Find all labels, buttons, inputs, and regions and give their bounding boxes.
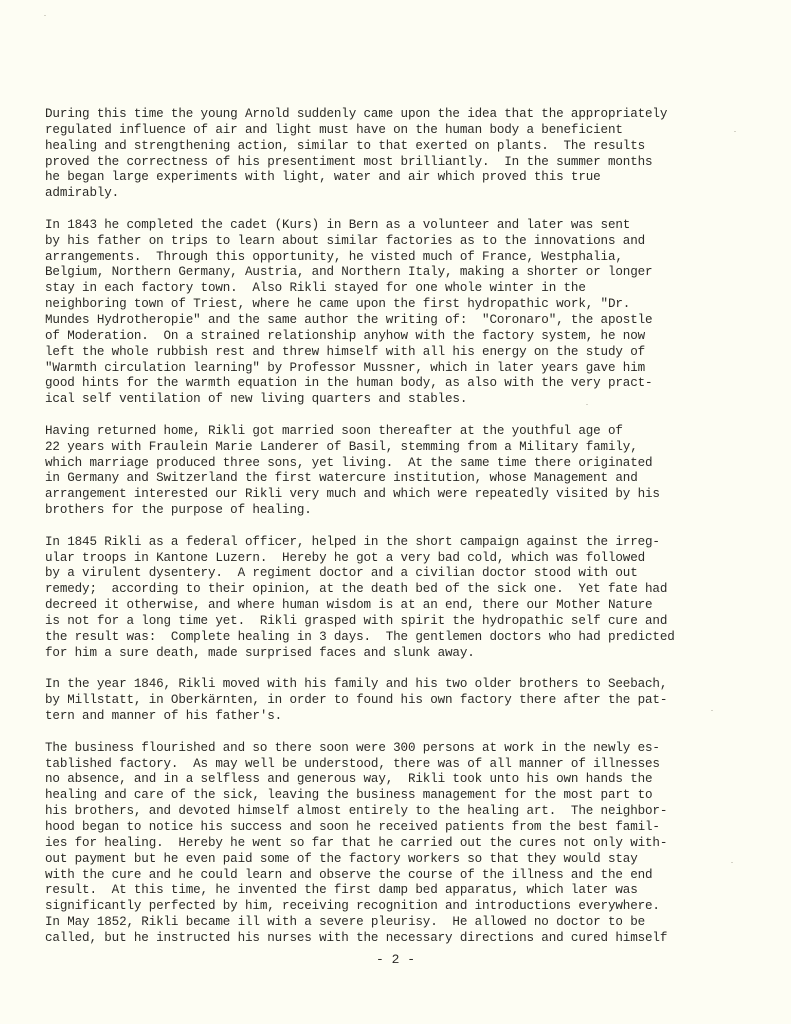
text-line: his brothers, and devoted himself almost…	[45, 804, 745, 820]
text-line: ular troops in Kantone Luzern. Hereby he…	[45, 551, 745, 567]
text-line: brothers for the purpose of healing.	[45, 503, 745, 519]
paragraph-1845-campaign: In 1845 Rikli as a federal officer, help…	[45, 535, 745, 662]
text-line: Mundes Hydrotheropie" and the same autho…	[45, 313, 745, 329]
text-line: significantly perfected by him, receivin…	[45, 899, 745, 915]
document-page: During this time the young Arnold sudden…	[0, 0, 791, 1024]
text-line: Belgium, Northern Germany, Austria, and …	[45, 265, 745, 281]
text-line: by Millstatt, in Oberkärnten, in order t…	[45, 693, 745, 709]
text-line: "Warmth circulation learning" by Profess…	[45, 361, 745, 377]
text-line: arrangement interested our Rikli very mu…	[45, 487, 745, 503]
text-line: ical self ventilation of new living quar…	[45, 392, 745, 408]
text-line: good hints for the warmth equation in th…	[45, 376, 745, 392]
paragraph-1843-travels: In 1843 he completed the cadet (Kurs) in…	[45, 218, 745, 408]
paper-speck	[731, 862, 733, 863]
text-line: by his father on trips to learn about si…	[45, 234, 745, 250]
text-line: decreed it otherwise, and where human wi…	[45, 598, 745, 614]
text-line: of Moderation. On a strained relationshi…	[45, 329, 745, 345]
text-line: regulated influence of air and light mus…	[45, 123, 745, 139]
text-line: result. At this time, he invented the fi…	[45, 883, 745, 899]
document-body: During this time the young Arnold sudden…	[45, 107, 745, 963]
text-line: In 1845 Rikli as a federal officer, help…	[45, 535, 745, 551]
text-line: he began large experiments with light, w…	[45, 170, 745, 186]
text-line: Having returned home, Rikli got married …	[45, 424, 745, 440]
text-line: which marriage produced three sons, yet …	[45, 456, 745, 472]
text-line: The business flourished and so there soo…	[45, 741, 745, 757]
text-line: by a virulent dysentery. A regiment doct…	[45, 566, 745, 582]
paper-speck	[586, 404, 588, 405]
text-line: arrangements. Through this opportunity, …	[45, 250, 745, 266]
text-line: for him a sure death, made surprised fac…	[45, 646, 745, 662]
paper-speck	[44, 15, 46, 16]
text-line: is not for a long time yet. Rikli graspe…	[45, 614, 745, 630]
text-line: the result was: Complete healing in 3 da…	[45, 630, 745, 646]
text-line: proved the correctness of his presentime…	[45, 155, 745, 171]
text-line: remedy; according to their opinion, at t…	[45, 582, 745, 598]
text-line: tablished factory. As may well be unders…	[45, 757, 745, 773]
text-line: During this time the young Arnold sudden…	[45, 107, 745, 123]
text-line: in Germany and Switzerland the first wat…	[45, 471, 745, 487]
text-line: In the year 1846, Rikli moved with his f…	[45, 677, 745, 693]
paragraph-air-and-light: During this time the young Arnold sudden…	[45, 107, 745, 202]
text-line: no absence, and in a selfless and genero…	[45, 772, 745, 788]
text-line: ies for healing. Hereby he went so far t…	[45, 836, 745, 852]
text-line: left the whole rubbish rest and threw hi…	[45, 345, 745, 361]
text-line: hood began to notice his success and soo…	[45, 820, 745, 836]
text-line: neighboring town of Triest, where he cam…	[45, 297, 745, 313]
text-line: called, but he instructed his nurses wit…	[45, 931, 745, 947]
text-line: healing and care of the sick, leaving th…	[45, 788, 745, 804]
page-number: - 2 -	[0, 952, 791, 967]
text-line: with the cure and he could learn and obs…	[45, 868, 745, 884]
paragraph-business-flourished: The business flourished and so there soo…	[45, 741, 745, 947]
text-line: In May 1852, Rikli became ill with a sev…	[45, 915, 745, 931]
text-line: tern and manner of his father's.	[45, 709, 745, 725]
text-line: admirably.	[45, 186, 745, 202]
text-line: 22 years with Fraulein Marie Landerer of…	[45, 440, 745, 456]
paragraph-marriage: Having returned home, Rikli got married …	[45, 424, 745, 519]
paragraph-1846-move: In the year 1846, Rikli moved with his f…	[45, 677, 745, 725]
paper-speck	[734, 131, 736, 132]
text-line: stay in each factory town. Also Rikli st…	[45, 281, 745, 297]
paper-speck	[711, 710, 713, 711]
text-line: healing and strengthening action, simila…	[45, 139, 745, 155]
text-line: out payment but he even paid some of the…	[45, 852, 745, 868]
text-line: In 1843 he completed the cadet (Kurs) in…	[45, 218, 745, 234]
